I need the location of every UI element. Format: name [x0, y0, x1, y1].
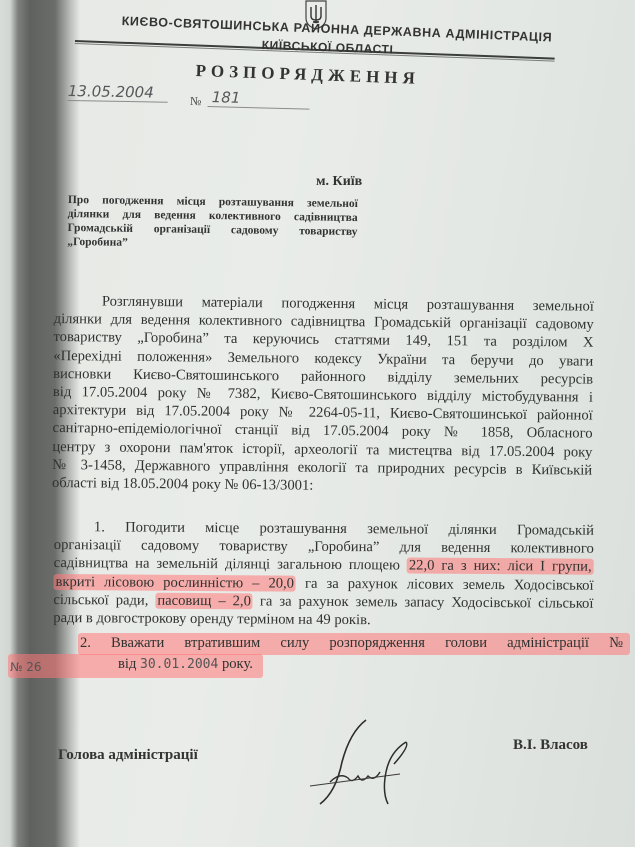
intro-paragraph: Розглянувши матеріали погодження місця р…: [52, 292, 594, 498]
stamped-order-number: № 26: [10, 660, 42, 674]
handwritten-number: 181: [208, 88, 310, 110]
text: року.: [218, 656, 253, 672]
signatory-title: Голова адміністрації: [58, 747, 198, 764]
document-subject: Про погодження місця розташування земель…: [67, 193, 358, 253]
highlighted-area-total: 22,0 га з них: ліси I групи,: [407, 558, 594, 575]
signatory-name: В.І. Власов: [513, 737, 588, 754]
text: від: [118, 656, 140, 672]
paragraph-line: 2. Вважати втратившим силу розпорядження…: [78, 633, 623, 654]
text: га за рахунок земель запасу Ходосівської…: [253, 593, 594, 611]
paragraph-line: від 30.01.2004 року.: [78, 656, 253, 672]
resolution-item-1: 1. Погодити місце розташування земельної…: [53, 518, 594, 631]
handwritten-signature-icon: [290, 712, 440, 812]
handwritten-date: 13.05.2004: [68, 82, 168, 103]
resolution-item-2: 2. Вважати втратившим силу розпорядження…: [78, 633, 623, 675]
paragraph-line: ради в довгострокову оренду терміном на …: [53, 609, 593, 631]
text: га за рахунок лісових земель Ходосівсько…: [296, 575, 594, 593]
text: садівництва на земельній ділянці загальн…: [54, 555, 407, 573]
stamped-date: 30.01.2004: [140, 657, 218, 672]
highlighted-forest-area: вкриті лісовою рослинністю – 20,0: [54, 574, 297, 592]
number-label: №: [190, 94, 202, 109]
city-label: м. Київ: [316, 174, 362, 190]
highlighted-pasture-area: пасовищ – 2,0: [155, 593, 253, 610]
text: сільської ради,: [53, 592, 155, 609]
